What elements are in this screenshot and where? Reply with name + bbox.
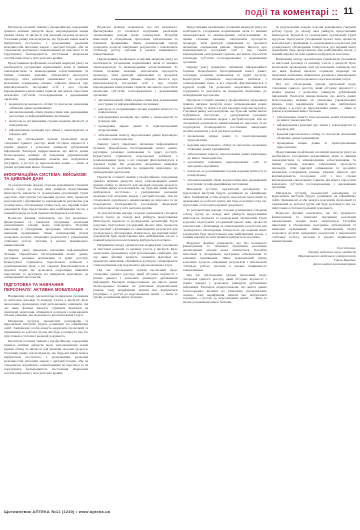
text-column-2: Водночас фахівці зазначають, що без нале… <box>93 26 177 507</box>
bullet-item: організація навчання відповідальних осіб… <box>184 161 267 169</box>
body-paragraph: Протягом останніх тижнів у професійному … <box>93 176 177 211</box>
body-paragraph: За результатами наради сторони домовилис… <box>272 26 356 57</box>
body-paragraph: Протягом останніх тижнів у професійному … <box>4 26 88 61</box>
body-paragraph: Окрему увагу приділено питанням інформац… <box>183 66 267 97</box>
body-paragraph: Водночас фахівці зазначають, що без нале… <box>4 217 88 248</box>
bullet-item: контроль за дотриманням строків подання … <box>5 120 88 128</box>
header-rule <box>115 19 339 20</box>
body-paragraph: Протягом останніх тижнів у професійному … <box>4 340 88 375</box>
body-paragraph: За результатами наради сторони домовилис… <box>183 209 267 240</box>
body-paragraph: Окрему увагу приділено питанням інформац… <box>4 249 88 280</box>
body-paragraph: Водночас фахівці зазначають, що без нале… <box>93 26 177 57</box>
body-paragraph: Під час обговорення лунали пропозиції що… <box>272 83 356 114</box>
bullet-item: інформування громадян про зміни у законо… <box>5 129 88 137</box>
section-title-bold: та коментарі :: <box>270 7 338 17</box>
body-paragraph: Під час обговорення лунали пропозиції що… <box>4 138 88 169</box>
page-number: 11 <box>343 6 353 16</box>
body-paragraph: Представники профільних асоціацій зверну… <box>93 58 177 97</box>
bullet-item: ведення персонального обліку та своєчасн… <box>5 103 88 111</box>
bullet-item: контроль за дотриманням строків подання … <box>94 108 177 116</box>
body-paragraph: Протягом останніх тижнів у професійному … <box>183 99 267 134</box>
body-paragraph: Окрему увагу приділено питанням інформац… <box>93 143 177 174</box>
bullet-item: ведення персонального обліку та своєчасн… <box>273 133 356 141</box>
body-paragraph: Представники профільних асоціацій зверну… <box>4 62 88 101</box>
body-paragraph: Під час обговорення лунали пропозиції що… <box>183 274 267 305</box>
body-paragraph: Представники профільних асоціацій зверну… <box>272 151 356 190</box>
bullet-list: забезпечення захисту персональних даних … <box>272 116 356 150</box>
text-column-4: За результатами наради сторони домовилис… <box>272 26 356 507</box>
bullet-item: ведення персонального обліку та своєчасн… <box>184 144 267 152</box>
body-paragraph: Матеріали зустрічі, презентації доповіда… <box>272 192 356 212</box>
body-paragraph: Наприкінці заходу організатори подякувал… <box>4 295 88 318</box>
body-paragraph: Водночас фахівці зазначають, що без нале… <box>183 242 267 273</box>
section-title: події та коментарі :: <box>245 6 338 18</box>
body-paragraph: Під час обговорення лунали пропозиції що… <box>93 269 177 300</box>
article-columns: Протягом останніх тижнів у професійному … <box>0 24 360 507</box>
section-heading: Інформаційна система: військові та цивіл… <box>4 173 88 183</box>
body-paragraph: Представники профільних асоціацій зверну… <box>183 26 267 65</box>
bullet-item: контроль за дотриманням строків подання … <box>184 170 267 178</box>
bullet-item: проведення звірки даних із територіальни… <box>94 125 177 133</box>
bullet-item: автоматизований обмін відомостями між де… <box>5 111 88 119</box>
body-paragraph: Матеріали зустрічі, презентації доповіда… <box>183 188 267 208</box>
text-column-3: Представники профільних асоціацій зверну… <box>183 26 267 507</box>
bullet-item: забезпечення захисту персональних даних … <box>273 116 356 124</box>
bullet-item: інформування громадян про зміни у законо… <box>94 116 177 124</box>
bullet-item: забезпечення захисту персональних даних … <box>184 153 267 161</box>
body-paragraph: Водночас фахівці зазначають, що без нале… <box>272 212 356 243</box>
bullet-item: автоматизований обмін відомостями між де… <box>94 99 177 107</box>
body-paragraph: Наприкінці заходу організатори подякувал… <box>272 58 356 81</box>
page-header: події та коментарі :: 11 <box>0 0 360 24</box>
bullet-item: автоматизований обмін відомостями між де… <box>184 179 267 187</box>
section-title-light: події <box>245 7 268 17</box>
bullet-item: проведення звірки даних із територіальни… <box>184 135 267 143</box>
byline-line: фото надані організаторами <box>272 262 356 266</box>
byline: Олег Климов,доктор медичних наук, профес… <box>272 246 356 266</box>
bullet-item: інформування громадян про зміни у законо… <box>273 124 356 132</box>
text-column-1: Протягом останніх тижнів у професійному … <box>4 26 88 507</box>
body-paragraph: За результатами наради сторони домовилис… <box>93 212 177 243</box>
page-footer: Щотижневик АПТЕКА №11 (1240) • www.aptek… <box>4 509 110 514</box>
bullet-list: автоматизований обмін відомостями між де… <box>93 99 177 142</box>
bullet-list: ведення персонального обліку та своєчасн… <box>4 103 88 137</box>
bullet-item: забезпечення захисту персональних даних … <box>94 134 177 142</box>
body-paragraph: Наприкінці заходу організатори подякувал… <box>93 244 177 267</box>
body-paragraph: Матеріали зустрічі, презентації доповіда… <box>4 320 88 340</box>
bullet-list: проведення звірки даних із територіальни… <box>183 135 267 187</box>
body-paragraph: За результатами наради сторони домовилис… <box>4 184 88 215</box>
section-heading: Підготовка та навчання персоналу: активн… <box>4 283 88 293</box>
newspaper-page: події та коментарі :: 11 Протягом останн… <box>0 0 360 530</box>
bullet-item: проведення звірки даних із територіальни… <box>273 142 356 150</box>
